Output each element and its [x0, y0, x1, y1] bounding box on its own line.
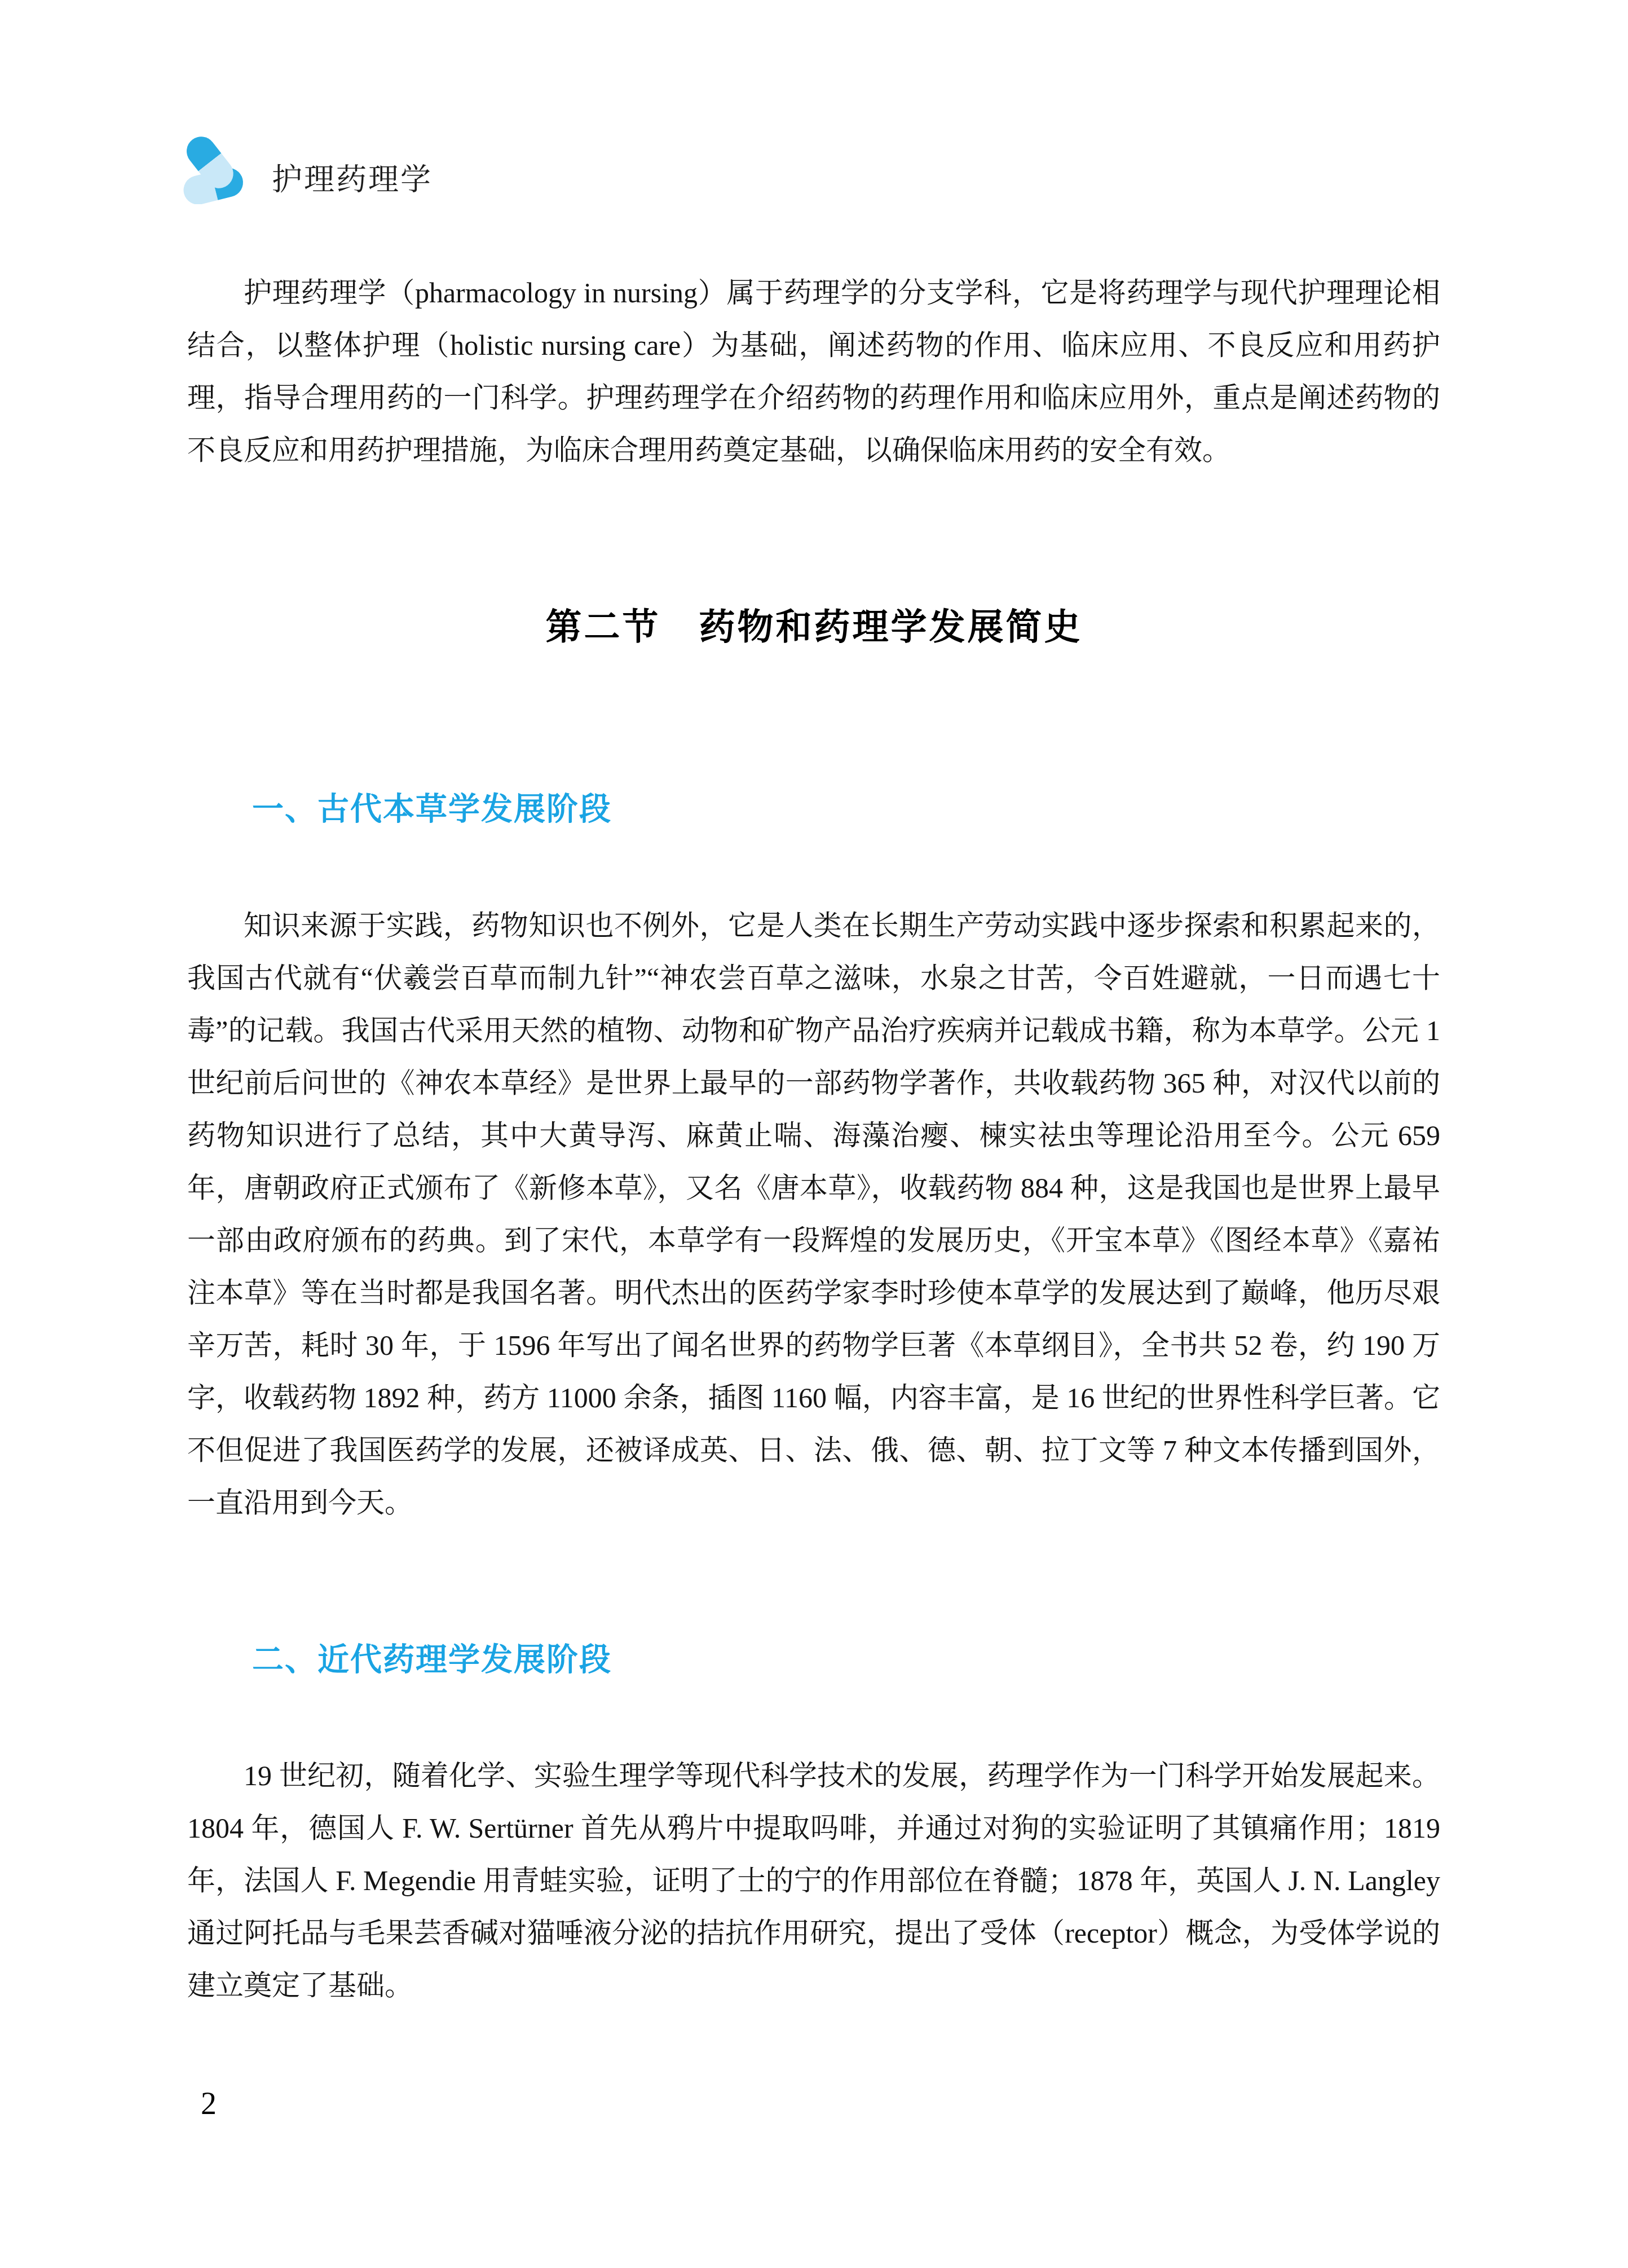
subsection-heading-modern: 二、近代药理学发展阶段: [252, 1635, 612, 1680]
subsection-body-ancient: 知识来源于实践，药物知识也不例外，它是人类在长期生产劳动实践中逐步探索和积累起来…: [187, 900, 1440, 1529]
pill-logo-icon: [173, 134, 257, 204]
book-title: 护理药理学: [272, 156, 433, 199]
book-page: 护理药理学 护理药理学（pharmacology in nursing）属于药理…: [0, 0, 1628, 2268]
page-header: 护理药理学: [173, 134, 433, 204]
page-number: 2: [201, 2086, 217, 2122]
subsection-heading-ancient: 一、古代本草学发展阶段: [252, 784, 612, 829]
intro-paragraph: 护理药理学（pharmacology in nursing）属于药理学的分支学科…: [187, 267, 1440, 477]
section-title: 第二节 药物和药理学发展简史: [0, 598, 1628, 650]
subsection-body-modern: 19 世纪初，随着化学、实验生理学等现代科学技术的发展，药理学作为一门科学开始发…: [187, 1750, 1440, 2012]
